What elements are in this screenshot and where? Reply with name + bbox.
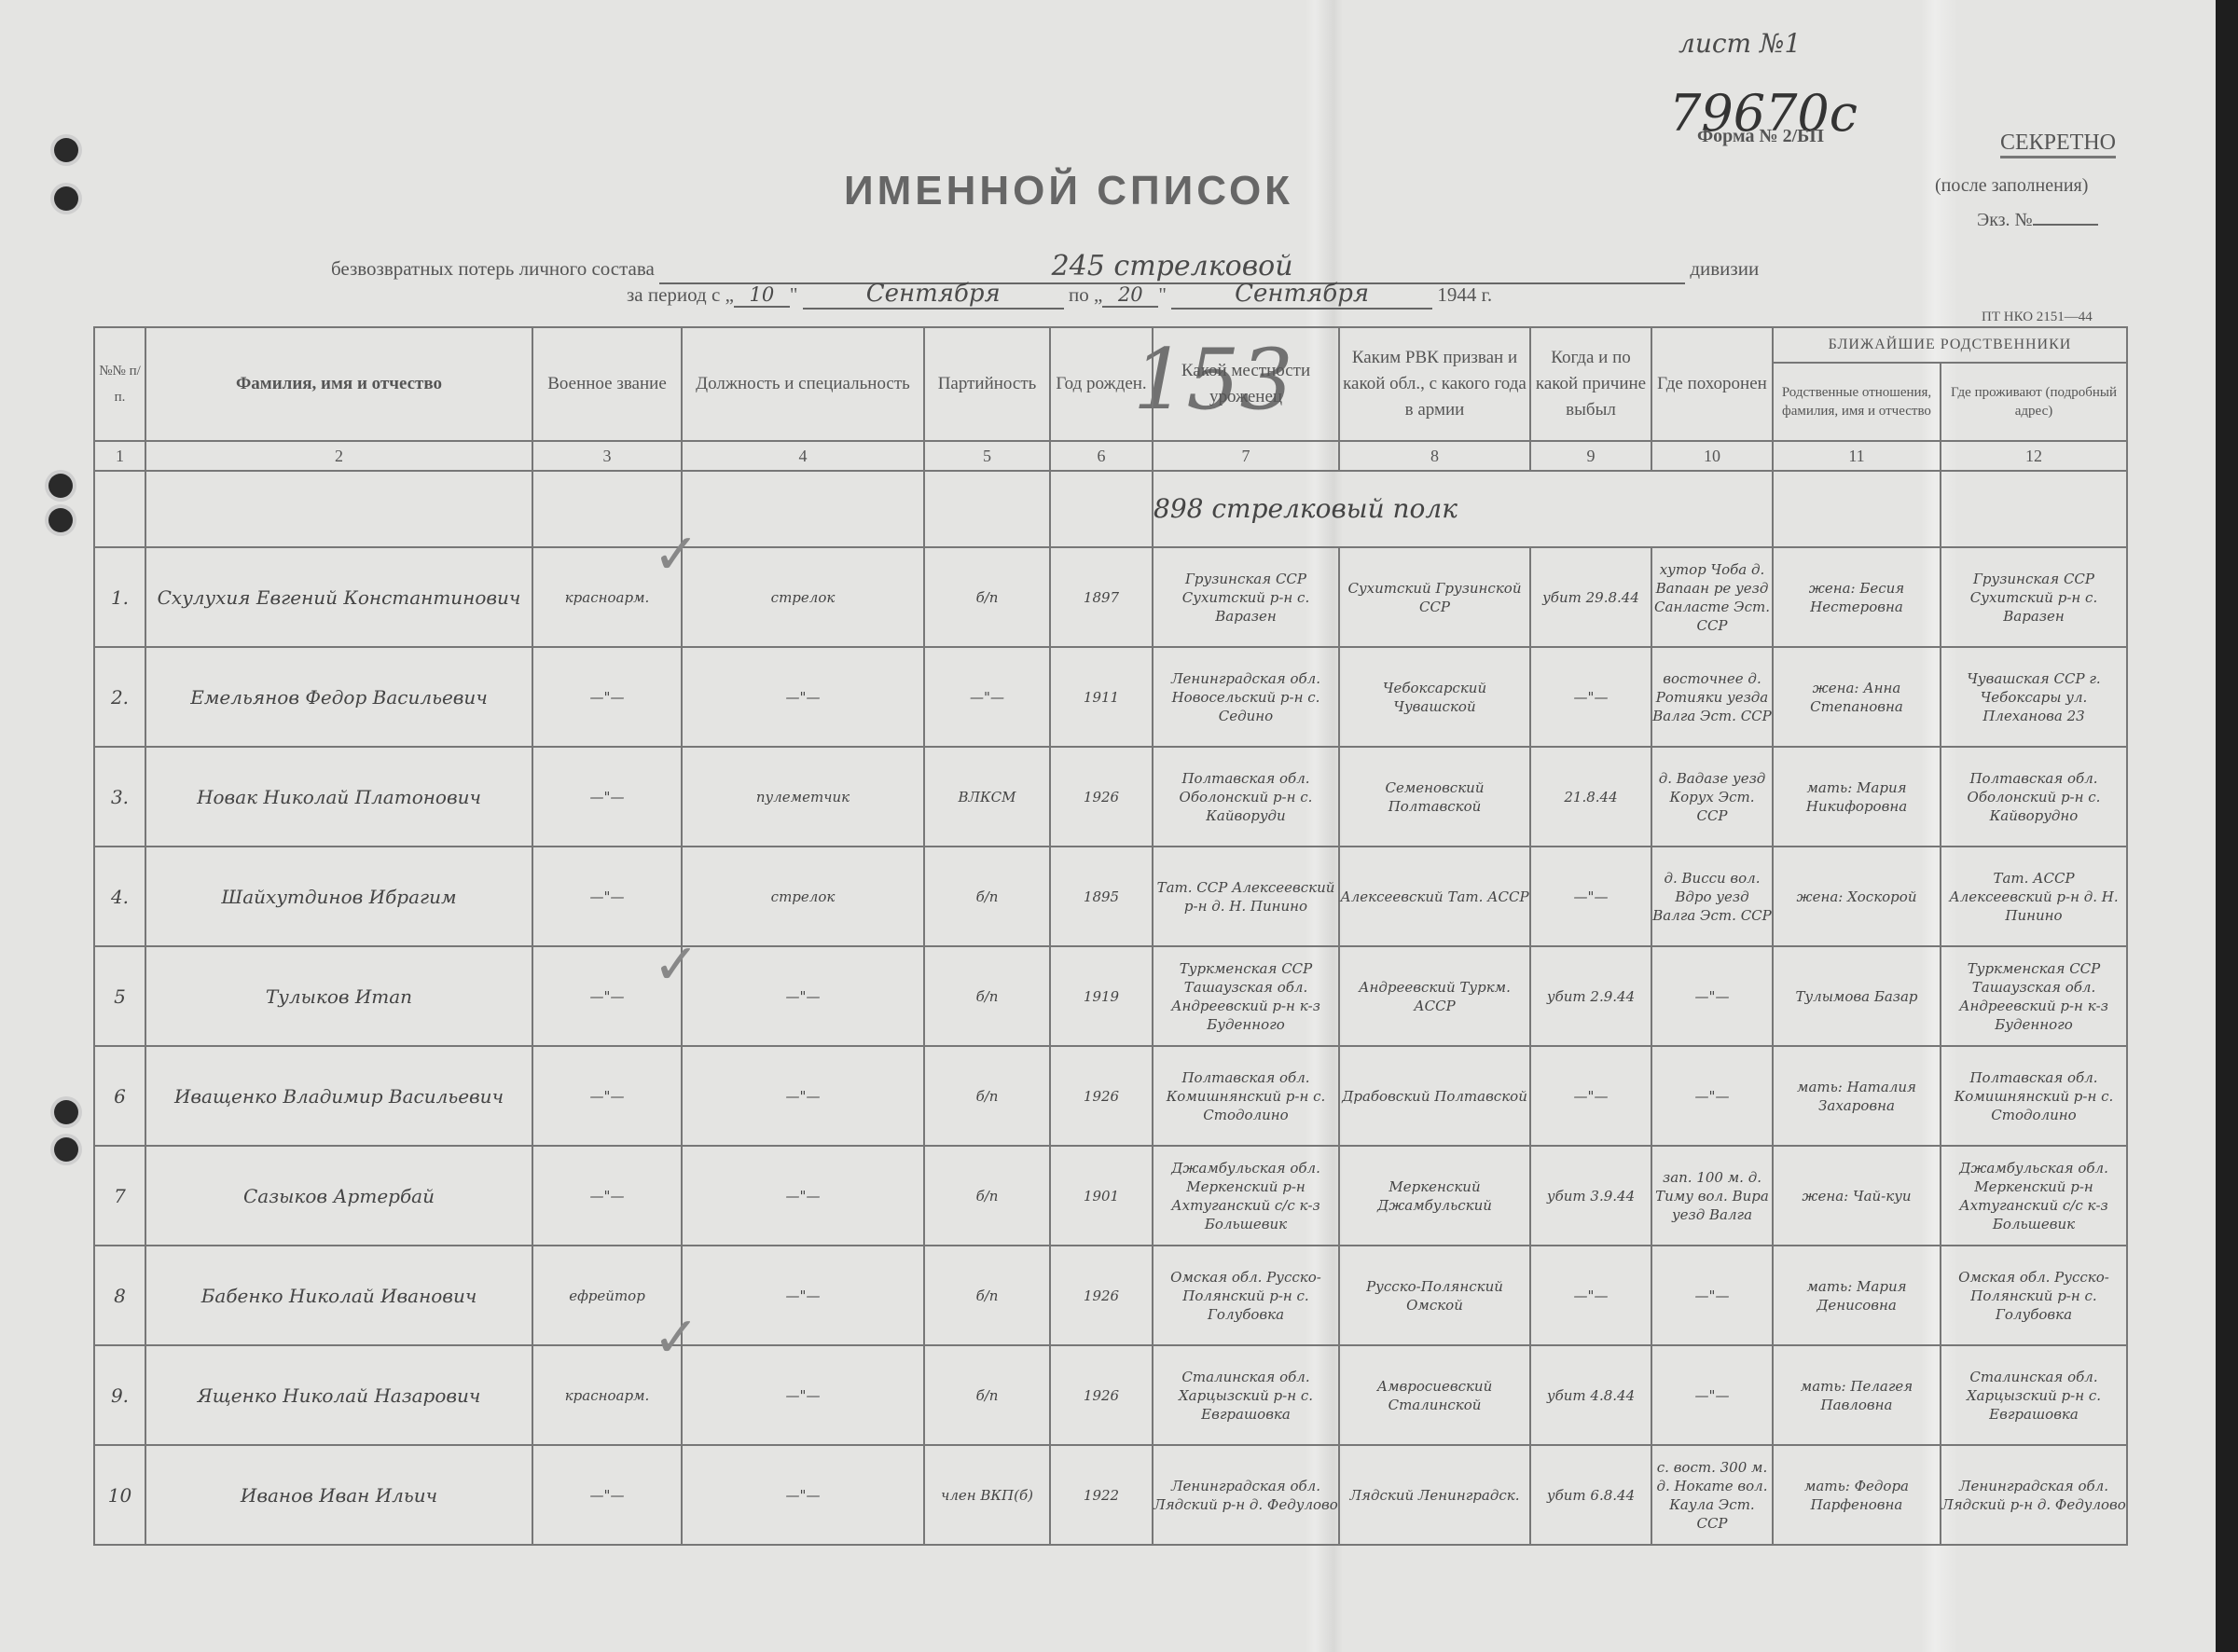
cell-rank: —"— xyxy=(532,1046,682,1146)
col-header-4: Должность и специальность xyxy=(682,327,924,441)
period-line: за период с „10" Сентября по „20" Сентяб… xyxy=(627,280,1492,310)
cell-buried: восточнее д. Ротияки уезда Валга Эст. СС… xyxy=(1651,647,1773,747)
cell-n: 10 xyxy=(94,1445,145,1545)
form-number: Форма № 2/БП xyxy=(1697,126,1824,147)
cell-year: 1919 xyxy=(1050,946,1153,1046)
sheet-note: лист №1 xyxy=(1678,28,1801,59)
cell-address: Полтавская обл. Комишнянский р-н с. Стод… xyxy=(1941,1046,2127,1146)
document-title: ИМЕННОЙ СПИСОК xyxy=(844,168,1293,214)
table-row: 10Иванов Иван Ильич—"——"—член ВКП(б)1922… xyxy=(94,1445,2127,1545)
cell-year: 1901 xyxy=(1050,1146,1153,1246)
cell-year: 1926 xyxy=(1050,747,1153,847)
binder-hole xyxy=(54,138,78,162)
cell-left: убит 3.9.44 xyxy=(1530,1146,1651,1246)
binder-hole xyxy=(48,474,73,498)
cell-relative: мать: Мария Денисовна xyxy=(1773,1246,1941,1345)
col-num: 9 xyxy=(1530,441,1651,471)
secrecy-note: (после заполнения) xyxy=(1935,175,2088,197)
cell-birthplace: Ленинградская обл. Новосельский р-н с. С… xyxy=(1153,647,1339,747)
cell-party: член ВКП(б) xyxy=(924,1445,1050,1545)
cell-position: —"— xyxy=(682,1345,924,1445)
cell-left: 21.8.44 xyxy=(1530,747,1651,847)
cell-name: Сазыков Артербай xyxy=(145,1146,532,1246)
col-num: 11 xyxy=(1773,441,1941,471)
cell-birthplace: Тат. ССР Алексеевский р-н д. Н. Пинино xyxy=(1153,847,1339,946)
cell-name: Схулухия Евгений Константинович xyxy=(145,547,532,647)
cell-party: б/п xyxy=(924,1046,1050,1146)
cell-position: стрелок xyxy=(682,847,924,946)
cell-relative: жена: Анна Степановна xyxy=(1773,647,1941,747)
col-header-1: №№ п/п. xyxy=(94,327,145,441)
table-row: 7Сазыков Артербай—"——"—б/п1901Джамбульск… xyxy=(94,1146,2127,1246)
cell-rvk: Лядский Ленинградск. xyxy=(1339,1445,1530,1545)
col-num: 3 xyxy=(532,441,682,471)
cell-year: 1926 xyxy=(1050,1345,1153,1445)
col-num: 12 xyxy=(1941,441,2127,471)
col-header-7: Какой местности уроженец xyxy=(1153,327,1339,441)
secrecy-label: СЕКРЕТНО xyxy=(2000,131,2116,158)
binder-hole xyxy=(54,1100,78,1124)
cell-rank: —"— xyxy=(532,1445,682,1545)
table-row: 6Иващенко Владимир Васильевич—"——"—б/п19… xyxy=(94,1046,2127,1146)
col-header-2: Фамилия, имя и отчество xyxy=(145,327,532,441)
cell-year: 1897 xyxy=(1050,547,1153,647)
cell-position: —"— xyxy=(682,1445,924,1545)
cell-address: Тат. АССР Алексеевский р-н д. Н. Пинино xyxy=(1941,847,2127,946)
cell-year: 1922 xyxy=(1050,1445,1153,1545)
regiment-label: 898 стрелковый полк xyxy=(1153,471,1773,547)
cell-buried: с. вост. 300 м. д. Нокате вол. Каула Эст… xyxy=(1651,1445,1773,1545)
cell-name: Иванов Иван Ильич xyxy=(145,1445,532,1545)
checkmark-icon: ✓ xyxy=(653,1305,699,1370)
cell-rvk: Семеновский Полтавской xyxy=(1339,747,1530,847)
cell-name: Новак Николай Платонович xyxy=(145,747,532,847)
cell-birthplace: Грузинская ССР Сухитский р-н с. Варазен xyxy=(1153,547,1339,647)
cell-year: 1895 xyxy=(1050,847,1153,946)
cell-party: б/п xyxy=(924,847,1050,946)
table-row: 3.Новак Николай Платонович—"—пулеметчикВ… xyxy=(94,747,2127,847)
cell-party: б/п xyxy=(924,1345,1050,1445)
cell-left: убит 29.8.44 xyxy=(1530,547,1651,647)
cell-birthplace: Туркменская ССР Ташаузская обл. Андреевс… xyxy=(1153,946,1339,1046)
cell-name: Тулыков Итап xyxy=(145,946,532,1046)
cell-relative: мать: Мария Никифоровна xyxy=(1773,747,1941,847)
cell-n: 3. xyxy=(94,747,145,847)
cell-birthplace: Сталинская обл. Харцызский р-н с. Евграш… xyxy=(1153,1345,1339,1445)
print-code: ПТ НКО 2151—44 xyxy=(1982,310,2093,325)
checkmark-icon: ✓ xyxy=(653,932,699,998)
cell-n: 1. xyxy=(94,547,145,647)
cell-n: 5 xyxy=(94,946,145,1046)
col-header-5: Партийность xyxy=(924,327,1050,441)
cell-birthplace: Полтавская обл. Оболонский р-н с. Кайвор… xyxy=(1153,747,1339,847)
cell-address: Сталинская обл. Харцызский р-н с. Евграш… xyxy=(1941,1345,2127,1445)
cell-relative: жена: Бесия Нестеровна xyxy=(1773,547,1941,647)
cell-relative: жена: Хоскорой xyxy=(1773,847,1941,946)
cell-rank: —"— xyxy=(532,747,682,847)
cell-address: Чувашская ССР г. Чебоксары ул. Плеханова… xyxy=(1941,647,2127,747)
cell-party: ВЛКСМ xyxy=(924,747,1050,847)
cell-name: Ященко Николай Назарович xyxy=(145,1345,532,1445)
cell-rvk: Амвросиевский Сталинской xyxy=(1339,1345,1530,1445)
cell-year: 1926 xyxy=(1050,1246,1153,1345)
cell-name: Бабенко Николай Иванович xyxy=(145,1246,532,1345)
cell-buried: —"— xyxy=(1651,1046,1773,1146)
cell-position: —"— xyxy=(682,1046,924,1146)
cell-buried: —"— xyxy=(1651,1246,1773,1345)
cell-relative: мать: Пелагея Павловна xyxy=(1773,1345,1941,1445)
col-num: 7 xyxy=(1153,441,1339,471)
cell-buried: —"— xyxy=(1651,1345,1773,1445)
cell-rvk: Русско-Полянский Омской xyxy=(1339,1246,1530,1345)
col-header-3: Военное звание xyxy=(532,327,682,441)
cell-address: Туркменская ССР Ташаузская обл. Андреевс… xyxy=(1941,946,2127,1046)
cell-rvk: Андреевский Туркм. АССР xyxy=(1339,946,1530,1046)
cell-left: —"— xyxy=(1530,1246,1651,1345)
col-num: 6 xyxy=(1050,441,1153,471)
cell-relative: жена: Чай-куи xyxy=(1773,1146,1941,1246)
cell-name: Емельянов Федор Васильевич xyxy=(145,647,532,747)
cell-buried: зап. 100 м. д. Тиму вол. Вира уезд Валга xyxy=(1651,1146,1773,1246)
cell-relative: мать: Наталия Захаровна xyxy=(1773,1046,1941,1146)
losses-table: №№ п/п. Фамилия, имя и отчество Военное … xyxy=(93,326,2128,1546)
col-header-6: Год рожден. xyxy=(1050,327,1153,441)
col-num: 4 xyxy=(682,441,924,471)
col-num: 1 xyxy=(94,441,145,471)
binder-hole xyxy=(54,186,78,211)
cell-rank: —"— xyxy=(532,647,682,747)
cell-left: —"— xyxy=(1530,1046,1651,1146)
cell-left: —"— xyxy=(1530,847,1651,946)
cell-n: 9. xyxy=(94,1345,145,1445)
cell-position: —"— xyxy=(682,647,924,747)
table-row: 9.Ященко Николай Назаровичкрасноарм.—"—б… xyxy=(94,1345,2127,1445)
col-header-10: Где похоронен xyxy=(1651,327,1773,441)
cell-party: б/п xyxy=(924,547,1050,647)
cell-relative: мать: Федора Парфеновна xyxy=(1773,1445,1941,1545)
cell-position: —"— xyxy=(682,946,924,1046)
cell-name: Шайхутдинов Ибрагим xyxy=(145,847,532,946)
binder-hole xyxy=(54,1137,78,1162)
cell-position: —"— xyxy=(682,1246,924,1345)
cell-address: Омская обл. Русско-Полянский р-н с. Голу… xyxy=(1941,1246,2127,1345)
cell-party: б/п xyxy=(924,1146,1050,1246)
cell-address: Полтавская обл. Оболонский р-н с. Кайвор… xyxy=(1941,747,2127,847)
cell-name: Иващенко Владимир Васильевич xyxy=(145,1046,532,1146)
cell-left: убит 6.8.44 xyxy=(1530,1445,1651,1545)
cell-party: —"— xyxy=(924,647,1050,747)
cell-buried: —"— xyxy=(1651,946,1773,1046)
cell-address: Ленинградская обл. Лядский р-н д. Федуло… xyxy=(1941,1445,2127,1545)
cell-rvk: Алексеевский Тат. АССР xyxy=(1339,847,1530,946)
cell-buried: д. Вадазе уезд Корух Эст. ССР xyxy=(1651,747,1773,847)
cell-birthplace: Полтавская обл. Комишнянский р-н с. Стод… xyxy=(1153,1046,1339,1146)
cell-n: 6 xyxy=(94,1046,145,1146)
document-page: лист №1 79670с Форма № 2/БП СЕКРЕТНО (по… xyxy=(0,0,2216,1652)
binder-hole xyxy=(48,508,73,532)
cell-year: 1926 xyxy=(1050,1046,1153,1146)
cell-n: 2. xyxy=(94,647,145,747)
cell-relative: Тулымова Базар xyxy=(1773,946,1941,1046)
cell-n: 7 xyxy=(94,1146,145,1246)
cell-rank: —"— xyxy=(532,1146,682,1246)
relatives-group-header: БЛИЖАЙШИЕ РОДСТВЕННИКИ xyxy=(1773,327,2127,363)
col-header-11: Родственные отношения, фамилия, имя и от… xyxy=(1773,363,1941,441)
cell-rvk: Чебоксарский Чувашской xyxy=(1339,647,1530,747)
cell-rvk: Сухитский Грузинской ССР xyxy=(1339,547,1530,647)
cell-position: пулеметчик xyxy=(682,747,924,847)
cell-birthplace: Джамбульская обл. Меркенский р-н Ахтуган… xyxy=(1153,1146,1339,1246)
table-row: 5Тулыков Итап—"——"—б/п1919Туркменская СС… xyxy=(94,946,2127,1046)
cell-rank: —"— xyxy=(532,847,682,946)
cell-rvk: Драбовский Полтавской xyxy=(1339,1046,1530,1146)
col-num: 2 xyxy=(145,441,532,471)
checkmark-icon: ✓ xyxy=(653,522,699,587)
cell-left: убит 4.8.44 xyxy=(1530,1345,1651,1445)
cell-n: 4. xyxy=(94,847,145,946)
cell-birthplace: Ленинградская обл. Лядский р-н д. Федуло… xyxy=(1153,1445,1339,1545)
cell-n: 8 xyxy=(94,1246,145,1345)
table-row: 2.Емельянов Федор Васильевич—"——"——"—191… xyxy=(94,647,2127,747)
cell-address: Джамбульская обл. Меркенский р-н Ахтуган… xyxy=(1941,1146,2127,1246)
table-row: 1.Схулухия Евгений Константиновичкрасноа… xyxy=(94,547,2127,647)
col-header-12: Где проживают (подробный адрес) xyxy=(1941,363,2127,441)
cell-buried: хутор Чоба д. Вапаан ре уезд Санласте Эс… xyxy=(1651,547,1773,647)
col-num: 8 xyxy=(1339,441,1530,471)
col-header-9: Когда и по какой причине выбыл xyxy=(1530,327,1651,441)
cell-position: стрелок xyxy=(682,547,924,647)
cell-rvk: Меркенский Джамбульский xyxy=(1339,1146,1530,1246)
cell-party: б/п xyxy=(924,946,1050,1046)
col-num: 10 xyxy=(1651,441,1773,471)
copy-number-label: Экз. № xyxy=(1977,210,2098,231)
table-row: 8Бабенко Николай Ивановичефрейтор—"—б/п1… xyxy=(94,1246,2127,1345)
table-row: 4.Шайхутдинов Ибрагим—"—стрелокб/п1895Та… xyxy=(94,847,2127,946)
cell-party: б/п xyxy=(924,1246,1050,1345)
cell-position: —"— xyxy=(682,1146,924,1246)
cell-left: —"— xyxy=(1530,647,1651,747)
cell-buried: д. Висси вол. Вдро уезд Валга Эст. ССР xyxy=(1651,847,1773,946)
col-num: 5 xyxy=(924,441,1050,471)
col-header-8: Каким РВК призван и какой обл., с какого… xyxy=(1339,327,1530,441)
cell-birthplace: Омская обл. Русско-Полянский р-н с. Голу… xyxy=(1153,1246,1339,1345)
cell-address: Грузинская ССР Сухитский р-н с. Варазен xyxy=(1941,547,2127,647)
cell-left: убит 2.9.44 xyxy=(1530,946,1651,1046)
cell-year: 1911 xyxy=(1050,647,1153,747)
